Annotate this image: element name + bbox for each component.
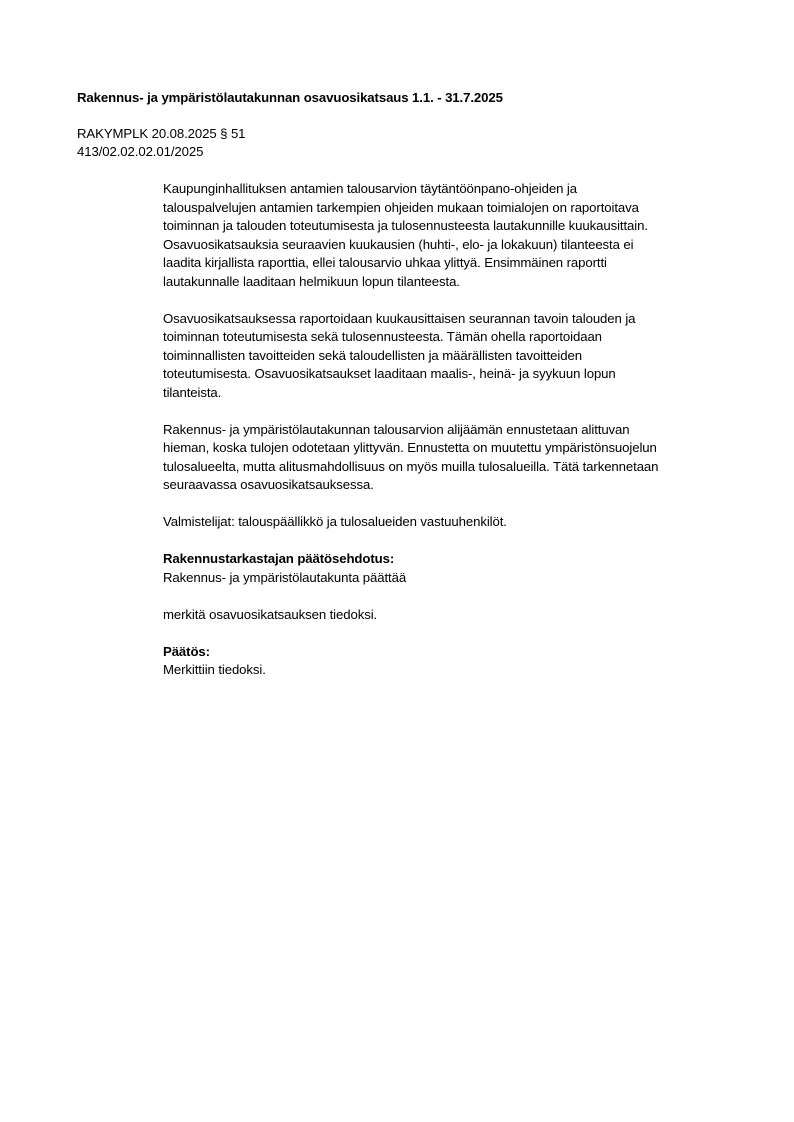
proposal-section: Rakennustarkastajan päätösehdotus: Raken… bbox=[163, 550, 733, 624]
text-line: toiminnan toteutumisesta sekä tulosennus… bbox=[163, 328, 733, 347]
proposal-text: merkitä osavuosikatsauksen tiedoksi. bbox=[163, 606, 733, 625]
document-page: Rakennus- ja ympäristölautakunnan osavuo… bbox=[0, 0, 794, 1122]
proposal-intro: Rakennus- ja ympäristölautakunta päättää bbox=[163, 569, 733, 588]
text-line: laadita kirjallista raporttia, ellei tal… bbox=[163, 254, 733, 273]
text-line: hieman, koska tulojen odotetaan ylittyvä… bbox=[163, 439, 733, 458]
paragraph-forecast: Rakennus- ja ympäristölautakunnan talous… bbox=[163, 421, 733, 495]
decision-heading: Päätös: bbox=[163, 643, 733, 662]
text-line: tilanteista. bbox=[163, 384, 733, 403]
paragraph-reporting-instructions: Kaupunginhallituksen antamien talousarvi… bbox=[163, 180, 733, 291]
text-line: talouspalvelujen antamien tarkempien ohj… bbox=[163, 199, 733, 218]
decision-text: Merkittiin tiedoksi. bbox=[163, 661, 733, 680]
text-line: Rakennus- ja ympäristölautakunnan talous… bbox=[163, 421, 733, 440]
document-body: Kaupunginhallituksen antamien talousarvi… bbox=[163, 180, 733, 680]
text-line: tulosalueelta, mutta alitusmahdollisuus … bbox=[163, 458, 733, 477]
text-line: toteutumisesta. Osavuosikatsaukset laadi… bbox=[163, 365, 733, 384]
text-line: toiminnan ja talouden toteutumisesta ja … bbox=[163, 217, 733, 236]
paragraph-interim-report-contents: Osavuosikatsauksessa raportoidaan kuukau… bbox=[163, 310, 733, 403]
document-meta: RAKYMPLK 20.08.2025 § 51 413/02.02.02.01… bbox=[77, 125, 245, 161]
record-id: 413/02.02.02.01/2025 bbox=[77, 143, 245, 161]
text-line: Osavuosikatsauksessa raportoidaan kuukau… bbox=[163, 310, 733, 329]
meeting-reference: RAKYMPLK 20.08.2025 § 51 bbox=[77, 125, 245, 143]
text-line: Osavuosikatsauksia seuraavien kuukausien… bbox=[163, 236, 733, 255]
paragraph-preparers: Valmistelijat: talouspäällikkö ja tulosa… bbox=[163, 513, 733, 532]
document-title: Rakennus- ja ympäristölautakunnan osavuo… bbox=[77, 89, 503, 107]
text-line: Kaupunginhallituksen antamien talousarvi… bbox=[163, 180, 733, 199]
text-line: Valmistelijat: talouspäällikkö ja tulosa… bbox=[163, 513, 733, 532]
decision-section: Päätös: Merkittiin tiedoksi. bbox=[163, 643, 733, 680]
text-line: toiminnallisten tavoitteiden sekä taloud… bbox=[163, 347, 733, 366]
text-line: seuraavassa osavuosikatsauksessa. bbox=[163, 476, 733, 495]
proposal-heading: Rakennustarkastajan päätösehdotus: bbox=[163, 550, 733, 569]
text-line: lautakunnalle laaditaan helmikuun lopun … bbox=[163, 273, 733, 292]
